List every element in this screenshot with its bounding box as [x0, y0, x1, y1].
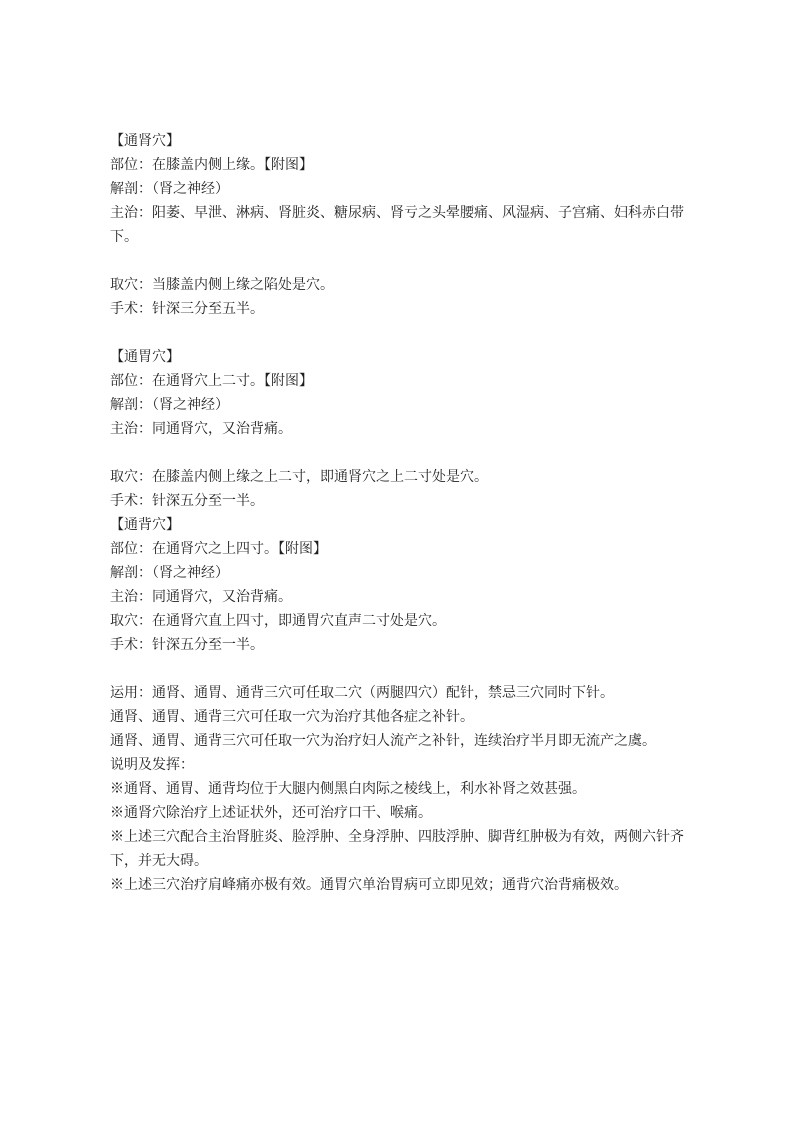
text-line: 手术：针深三分至五半。: [110, 298, 690, 322]
text-line: 通肾、通胃、通背三穴可任取一穴为治疗其他各症之补针。: [110, 706, 690, 730]
text-line: ※通肾、通胃、通背均位于大腿内侧黑白肉际之棱线上，利水补肾之效甚强。: [110, 778, 690, 802]
text-line: 主治：阳萎、早泄、淋病、肾脏炎、糖尿病、肾亏之头晕腰痛、风湿病、子宫痛、妇科赤白…: [110, 202, 690, 226]
text-line: ※通肾穴除治疗上述证状外，还可治疗口干、喉痛。: [110, 802, 690, 826]
text-line: 解剖：（肾之神经）: [110, 394, 690, 418]
text-line: 运用：通肾、通胃、通背三穴可任取二穴（两腿四穴）配针，禁忌三穴同时下针。: [110, 682, 690, 706]
blank-line: [110, 442, 690, 466]
document-page: 【通肾穴】部位：在膝盖内侧上缘。【附图】解剖：（肾之神经）主治：阳萎、早泄、淋病…: [0, 0, 793, 1122]
section-heading: 【通胃穴】: [110, 346, 690, 370]
section-heading: 【通背穴】: [110, 514, 690, 538]
document-text-block: 【通肾穴】部位：在膝盖内侧上缘。【附图】解剖：（肾之神经）主治：阳萎、早泄、淋病…: [110, 130, 690, 898]
text-line: 下。: [110, 226, 690, 250]
text-line: 部位：在通肾穴之上四寸。【附图】: [110, 538, 690, 562]
text-line: 手术：针深五分至一半。: [110, 634, 690, 658]
text-line: 部位：在膝盖内侧上缘。【附图】: [110, 154, 690, 178]
blank-line: [110, 658, 690, 682]
text-line: 取穴：当膝盖内侧上缘之陷处是穴。: [110, 274, 690, 298]
blank-line: [110, 250, 690, 274]
text-line: 主治：同通肾穴，又治背痛。: [110, 418, 690, 442]
blank-line: [110, 322, 690, 346]
text-line: 下，并无大碍。: [110, 850, 690, 874]
text-line: 手术：针深五分至一半。: [110, 490, 690, 514]
text-line: 说明及发挥：: [110, 754, 690, 778]
text-line: 取穴：在通肾穴直上四寸，即通胃穴直声二寸处是穴。: [110, 610, 690, 634]
text-line: 解剖：（肾之神经）: [110, 562, 690, 586]
text-line: 主治：同通肾穴，又治背痛。: [110, 586, 690, 610]
text-line: ※上述三穴治疗肩峰痛亦极有效。通胃穴单治胃病可立即见效；通背穴治背痛极效。: [110, 874, 690, 898]
text-line: ※上述三穴配合主治肾脏炎、脸浮肿、全身浮肿、四肢浮肿、脚背红肿极为有效，两侧六针…: [110, 826, 690, 850]
section-heading: 【通肾穴】: [110, 130, 690, 154]
text-line: 通肾、通胃、通背三穴可任取一穴为治疗妇人流产之补针，连续治疗半月即无流产之虞。: [110, 730, 690, 754]
text-line: 取穴：在膝盖内侧上缘之上二寸，即通肾穴之上二寸处是穴。: [110, 466, 690, 490]
text-line: 解剖：（肾之神经）: [110, 178, 690, 202]
text-line: 部位：在通肾穴上二寸。【附图】: [110, 370, 690, 394]
